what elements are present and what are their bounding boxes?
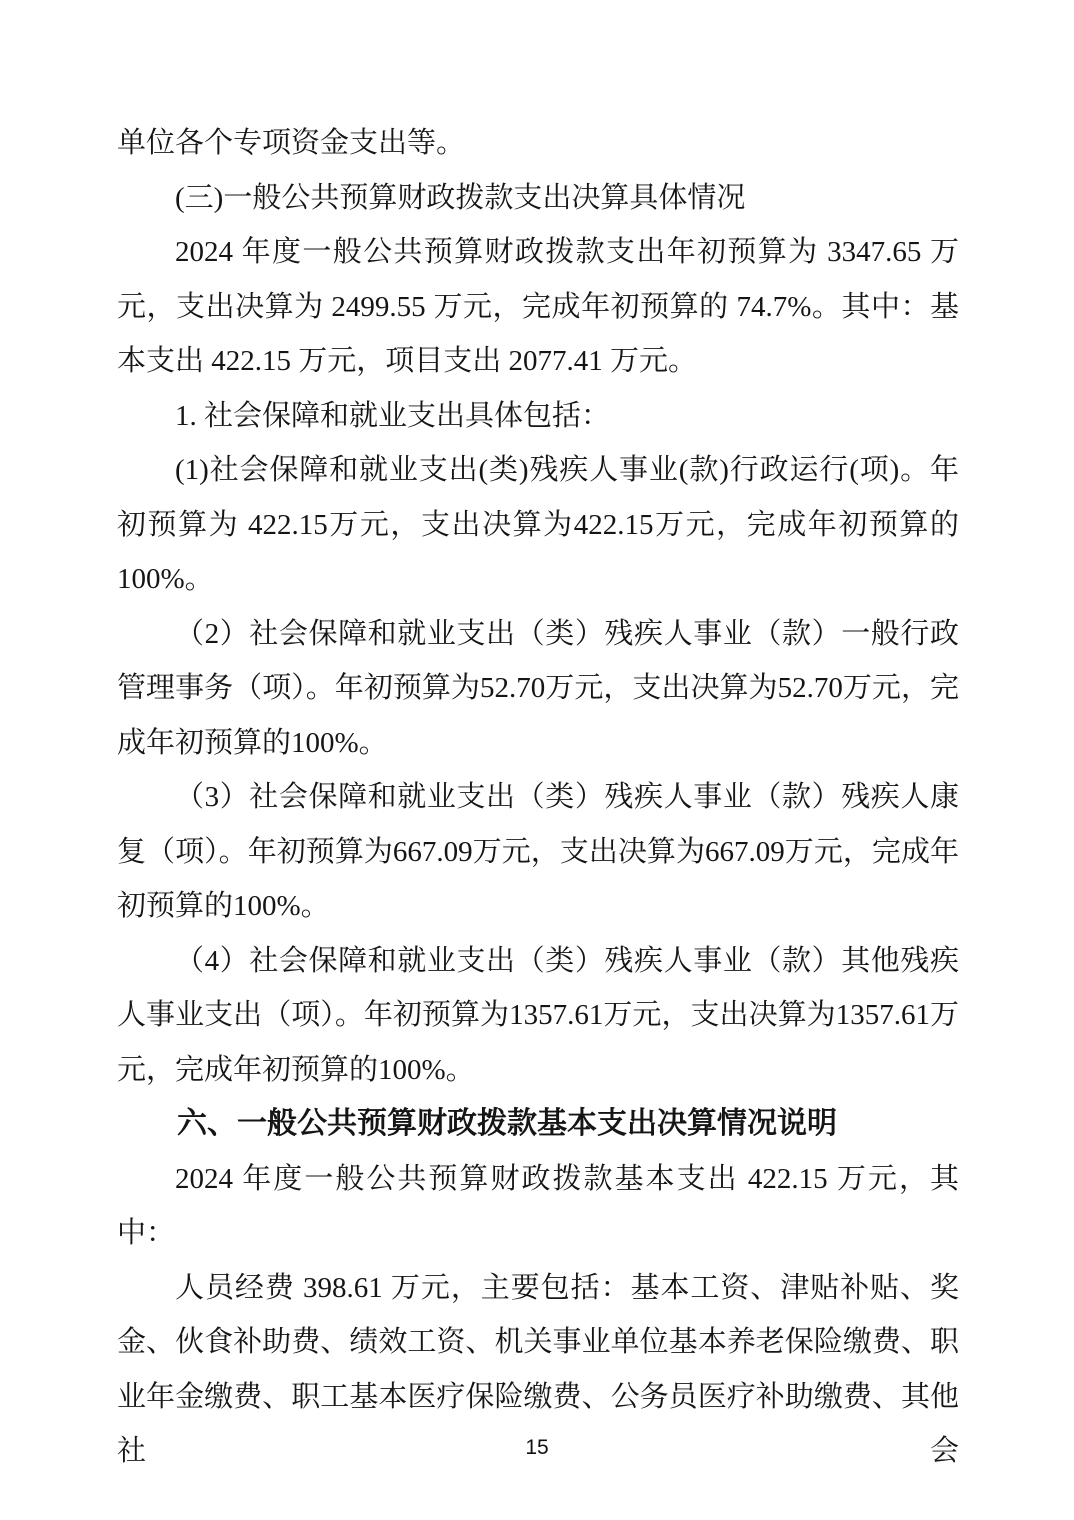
- paragraph-continuation: 单位各个专项资金支出等。: [117, 116, 959, 171]
- list-item-4: （4）社会保障和就业支出（类）残疾人事业（款）其他残疾人事业支出（项）。年初预算…: [117, 934, 959, 1098]
- list-item-1: (1)社会保障和就业支出(类)残疾人事业(款)行政运行(项)。年初预算为 422…: [117, 443, 959, 607]
- list-intro-social-security: 1. 社会保障和就业支出具体包括：: [117, 389, 959, 444]
- page-number: 15: [0, 1436, 1074, 1460]
- list-item-3: （3）社会保障和就业支出（类）残疾人事业（款）残疾人康复（项）。年初预算为667…: [117, 770, 959, 934]
- paragraph-basic-expenditure: 2024 年度一般公共预算财政拨款基本支出 422.15 万元，其中：: [117, 1152, 959, 1261]
- list-item-2: （2）社会保障和就业支出（类）残疾人事业（款）一般行政管理事务（项）。年初预算为…: [117, 607, 959, 771]
- document-body: 单位各个专项资金支出等。 (三)一般公共预算财政拨款支出决算具体情况 2024 …: [117, 116, 959, 1479]
- subsection-heading-3: (三)一般公共预算财政拨款支出决算具体情况: [117, 171, 959, 226]
- paragraph-budget-overview: 2024 年度一般公共预算财政拨款支出年初预算为 3347.65 万元，支出决算…: [117, 225, 959, 389]
- section-heading-6: 六、一般公共预算财政拨款基本支出决算情况说明: [117, 1097, 959, 1152]
